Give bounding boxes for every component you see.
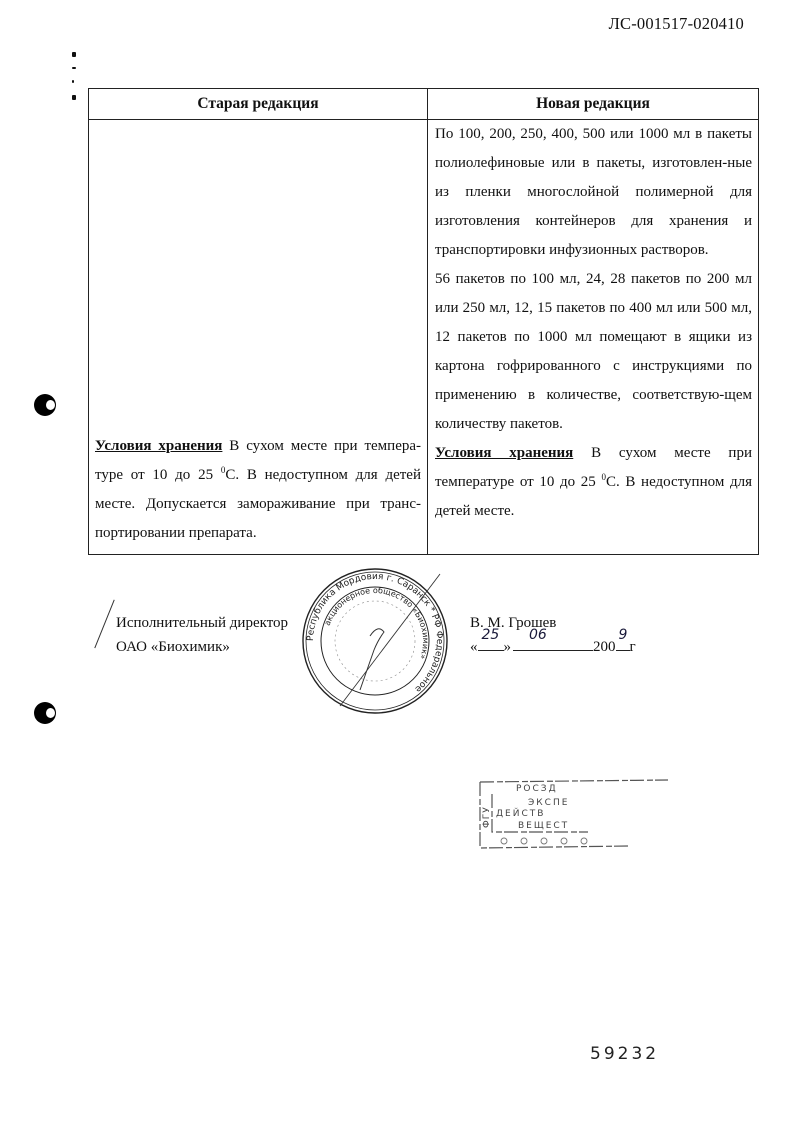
stamp-side-label: ФГУ (482, 806, 492, 828)
seal-inner-text: акционерное общество «Биохимик» (323, 586, 430, 661)
stamp-line-2: ЭКСПЕ (528, 798, 569, 808)
stamp-line-3: ДЕЙСТВ (496, 807, 545, 819)
date-day-field: 25 (478, 635, 504, 651)
svg-text:акционерное общество «Биохими: акционерное общество «Биохимик» (323, 586, 430, 661)
header-old-edition: Старая редакция (89, 89, 428, 120)
date-month-field: 06 (513, 635, 593, 651)
header-new-edition: Новая редакция (428, 89, 759, 120)
date-day-handwritten: 25 (482, 623, 500, 647)
signatory-position: Исполнительный директор (116, 611, 288, 635)
punch-hole-icon (34, 394, 56, 416)
table-row: Условия хранения В сухом месте при темпе… (89, 120, 759, 555)
stamp-line-4: ВЕЩЕСТ (518, 821, 569, 831)
date-quote: « (470, 635, 478, 659)
revision-comparison-table: Старая редакция Новая редакция Условия х… (88, 88, 759, 555)
date-month-handwritten: 06 (529, 623, 547, 647)
signatory-block: Исполнительный директор ОАО «Биохимик» (116, 611, 288, 659)
signatory-name-date-block: В. М. Грошев « 25 » 06 200 9 г (470, 611, 636, 659)
new-storage-conditions: Условия хранения В сухом месте при темпе… (435, 439, 752, 526)
registration-stamp-icon: РОСЗД ЭКСПЕ ДЕЙСТВ ВЕЩЕСТ ФГУ (478, 778, 678, 850)
date-year-unit: г (630, 635, 636, 659)
punch-hole-icon (34, 702, 56, 724)
page-number: 59232 (590, 1044, 659, 1064)
signatory-company: ОАО «Биохимик» (116, 635, 288, 659)
new-edition-cell: По 100, 200, 250, 400, 500 или 1000 мл в… (428, 120, 759, 555)
company-seal-icon: Республика Мордовия г. Саранск * РФ Феде… (300, 566, 450, 716)
margin-mark (72, 80, 74, 83)
date-quote: » (504, 635, 512, 659)
signature-date: « 25 » 06 200 9 г (470, 635, 636, 659)
margin-mark (72, 67, 76, 69)
old-storage-conditions: Условия хранения В сухом месте при темпе… (95, 432, 421, 548)
table-header-row: Старая редакция Новая редакция (89, 89, 759, 120)
margin-mark (72, 52, 76, 57)
new-packaging-paragraph-1: По 100, 200, 250, 400, 500 или 1000 мл в… (435, 120, 752, 265)
new-packaging-paragraph-2: 56 пакетов по 100 мл, 24, 28 пакетов по … (435, 265, 752, 439)
signature-stroke (94, 600, 115, 649)
old-edition-cell: Условия хранения В сухом месте при темпе… (89, 120, 428, 555)
margin-mark (72, 95, 76, 100)
date-year-prefix: 200 (593, 635, 616, 659)
registration-number: ЛС-001517-020410 (609, 14, 744, 34)
old-storage-label: Условия хранения (95, 438, 222, 454)
date-year-field: 9 (616, 635, 630, 651)
date-year-handwritten: 9 (619, 623, 628, 647)
stamp-line-1: РОСЗД (516, 784, 558, 794)
new-storage-label: Условия хранения (435, 445, 573, 461)
